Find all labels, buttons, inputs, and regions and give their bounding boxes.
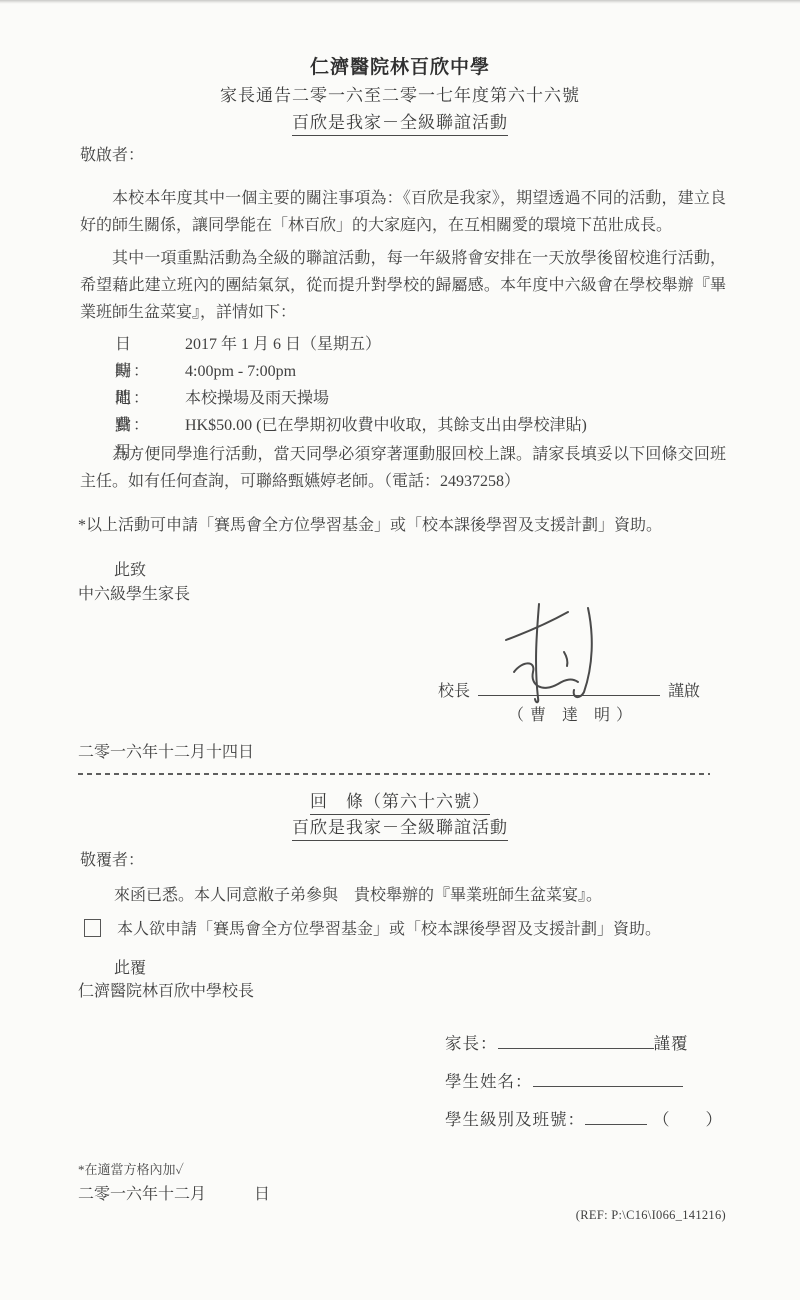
reply-salutation: 敬覆者：: [80, 847, 144, 874]
salutation: 敬啟者：: [80, 142, 144, 169]
school-name: 仁濟醫院林百欣中學: [0, 52, 800, 79]
paragraph-1: 本校本年度其中一個主要的關注事項為：《百欣是我家》，期望透過不同的活動，建立良好…: [80, 185, 726, 239]
student-class-line: [585, 1109, 647, 1125]
reply-addressee: 仁濟醫院林百欣中學校長: [78, 978, 254, 1005]
tick-instruction-note: *在適當方格內加✓: [78, 1159, 184, 1178]
reply-slip-subject-text: 百欣是我家－全級聯誼活動: [292, 813, 508, 841]
detail-value: HK$50.00 (已在學期初收費中收取，其餘支出由學校津貼): [185, 412, 587, 439]
principal-signoff: 謹啟: [668, 683, 700, 700]
event-details: 日期： 2017 年 1 月 6 日（星期五） 時間： 4:00pm - 7:0…: [115, 331, 587, 439]
student-name-row: 學生姓名：: [445, 1068, 683, 1092]
funding-note: *以上活動可申請「賽馬會全方位學習基金」或「校本課後學習及支援計劃」資助。: [78, 512, 662, 539]
principal-sign-row: 校長謹啟: [438, 678, 700, 701]
recipient: 中六級學生家長: [78, 581, 190, 608]
parent-sign-row: 家長：謹覆: [445, 1030, 689, 1054]
funding-checkbox: [84, 919, 101, 937]
reply-body: 來函已悉。本人同意敝子弟參與 貴校舉辦的『畢業班師生盆菜宴』。: [114, 882, 602, 909]
funding-checkbox-row: 本人欲申請「賽馬會全方位學習基金」或「校本課後學習及支援計劃」資助。: [84, 916, 661, 943]
student-name-label: 學生姓名：: [445, 1072, 533, 1091]
notice-subject-text: 百欣是我家－全級聯誼活動: [292, 108, 508, 136]
principal-label: 校長: [438, 683, 470, 700]
reply-slip-subject: 百欣是我家－全級聯誼活動: [0, 813, 800, 841]
parent-signoff: 謹覆: [654, 1034, 689, 1053]
notice-subject: 百欣是我家－全級聯誼活動: [0, 108, 800, 136]
reply-date: 二零一六年十二月 日: [78, 1181, 270, 1208]
detail-value: 本校操場及雨天操場: [185, 385, 329, 412]
closing-cizhi: 此致: [114, 557, 146, 584]
detail-row-date: 日期： 2017 年 1 月 6 日（星期五）: [115, 331, 587, 358]
parent-label: 家長：: [445, 1034, 498, 1053]
parent-signature-line: [498, 1033, 654, 1049]
cut-dashed-line: [78, 773, 710, 775]
student-class-label: 學生級別及班號：: [445, 1110, 585, 1129]
reply-slip-title: 回 條（第六十六號）: [0, 787, 800, 815]
student-class-row: 學生級別及班號：（ ）: [445, 1106, 723, 1130]
paragraph-3: 為方便同學進行活動，當天同學必須穿著運動服回校上課。請家長填妥以下回條交回班主任…: [80, 441, 726, 495]
issue-date: 二零一六年十二月十四日: [78, 739, 254, 766]
paragraph-2: 其中一項重點活動為全級的聯誼活動，每一年級將會安排在一天放學後留校進行活動，希望…: [80, 245, 726, 326]
detail-value: 2017 年 1 月 6 日（星期五）: [185, 331, 381, 358]
file-reference: (REF: P:\C16\I066_141216): [576, 1208, 726, 1223]
reply-slip-title-text: 回 條（第六十六號）: [310, 787, 490, 815]
principal-name: （曹 達 明）: [478, 702, 668, 725]
detail-row-fee: 費用： HK$50.00 (已在學期初收費中收取，其餘支出由學校津貼): [115, 412, 587, 439]
funding-checkbox-label: 本人欲申請「賽馬會全方位學習基金」或「校本課後學習及支援計劃」資助。: [117, 916, 661, 943]
scanned-notice-page: 仁濟醫院林百欣中學 家長通告二零一六至二零一七年度第六十六號 百欣是我家－全級聯…: [0, 0, 800, 1300]
notice-number-line: 家長通告二零一六至二零一七年度第六十六號: [0, 81, 800, 106]
detail-row-venue: 地點： 本校操場及雨天操場: [115, 385, 587, 412]
signature-block: 校長謹啟 （曹 達 明）: [430, 598, 740, 733]
principal-signature-line: [478, 681, 660, 696]
scan-top-edge: [0, 0, 800, 4]
class-number-parens: （ ）: [653, 1110, 723, 1129]
detail-row-time: 時間： 4:00pm - 7:00pm: [115, 358, 587, 385]
student-name-line: [533, 1071, 683, 1087]
detail-value: 4:00pm - 7:00pm: [185, 358, 296, 385]
